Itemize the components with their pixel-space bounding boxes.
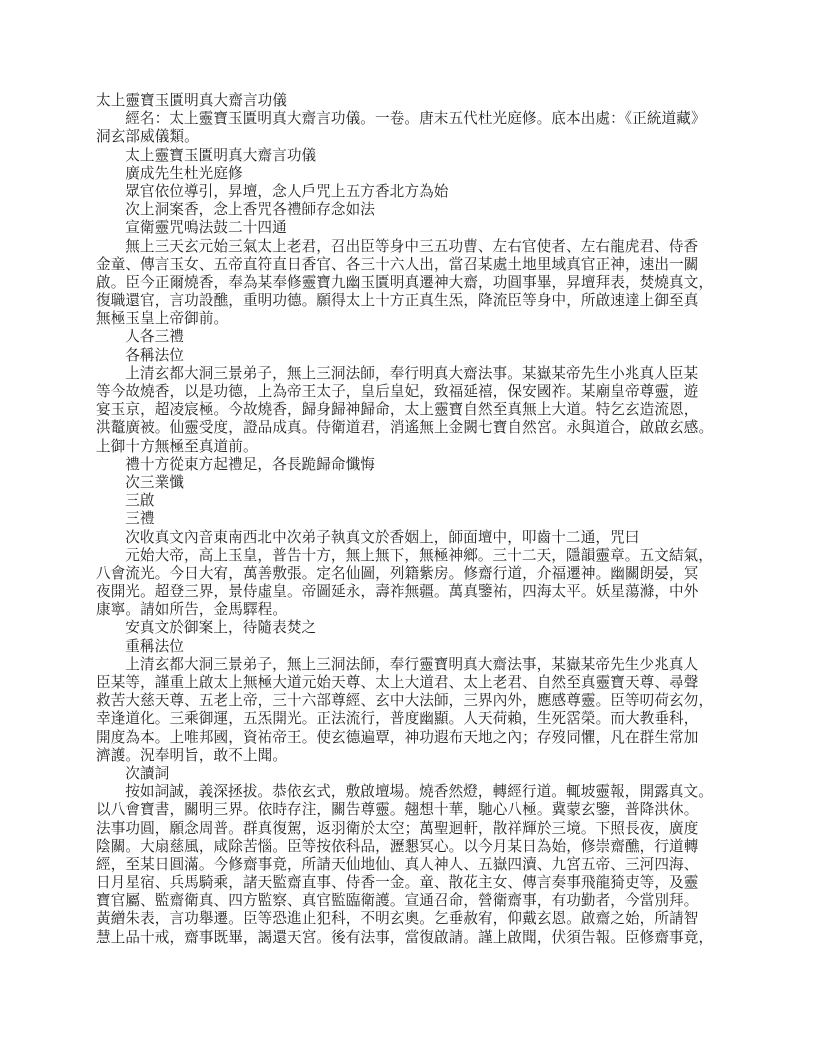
text-line: 無上三天玄元始三氣太上老君，召出臣等身中三五功曹、左右官使者、左右龍虎君、侍香 <box>96 238 724 256</box>
text-line: 三啟 <box>96 492 724 510</box>
text-line: 寶官屬、監齋衛真、四方監察、真官監臨衛護。宣通召命，營衛齋事，有功勤者，今當別拜… <box>96 892 724 910</box>
text-line: 八會流光。今日大宥，萬善敷張。定名仙圖，列籍紫房。修齋行道，介福遷神。幽關朗晏，… <box>96 565 724 583</box>
text-line: 開度為本。上唯邦國，資祐帝王。使玄德遍覃，神功遐布天地之內；存歿同懼，凡在群生常… <box>96 729 724 747</box>
text-line: 重稱法位 <box>96 638 724 656</box>
text-line: 次收真文內音東南西北中次弟子執真文於香姻上，師面壇中，叩齒十二通，咒曰 <box>96 529 724 547</box>
text-line: 按如詞誠，義深拯拔。恭依玄式，敷啟壇場。燒香然燈，轉經行道。輒坡靈報，開露真文。 <box>96 783 724 801</box>
text-line: 幸逢道化。三乘御運，五炁開光。正法流行，普度幽顯。人天荷賴，生死霑榮。而大教垂科… <box>96 710 724 728</box>
document-body: 太上靈寶玉匱明真大齋言功儀經名：太上靈寶玉匱明真大齋言功儀。一卷。唐末五代杜光庭… <box>96 92 724 947</box>
text-line: 上清玄都大洞三景弟子，無上三洞法師，奉行靈寶明真大齋法事，某嶽某帝先生少兆真人 <box>96 656 724 674</box>
text-line: 太上靈寶玉匱明真大齋言功儀 <box>96 147 724 165</box>
text-line: 經，至某日圓滿。今修齋事竟，所請天仙地仙、真人神人、五嶽四瀆、九宮五帝、三河四海… <box>96 856 724 874</box>
text-line: 法事功圓，願念周普。群真復駕，返羽衛於太空；萬聖迴軒，散祥輝於三境。下照長夜，廣… <box>96 820 724 838</box>
text-line: 洪鼇廣被。仙靈受度，證品成真。侍衛道君，消遙無上金闕七寶自然宮。永與道合，啟啟玄… <box>96 419 724 437</box>
text-line: 慧上品十戒，齋事既畢，謁還天宮。後有法事，當復啟請。謹上啟聞，伏須告報。臣修齋事… <box>96 929 724 947</box>
text-line: 康寧。請如所告，金馬驛程。 <box>96 601 724 619</box>
text-line: 夜開光。超登三界，景侍虛皇。帝圖延永，壽祚無疆。萬真鑒祐，四海太平。妖星蕩滌，中… <box>96 583 724 601</box>
text-line: 等今故燒香，以是功德，上為帝王太子，皇后皇妃，致福延禧，保安國祚。某廟皇帝尊靈，… <box>96 383 724 401</box>
text-line: 安真文於御案上，待隨表焚之 <box>96 619 724 637</box>
text-line: 廣成先生杜光庭修 <box>96 165 724 183</box>
text-line: 陰關。大扇慈風，咸除苦惱。臣等按依科品，瀝懇冥心。以今月某日為始，修崇齋醮，行道… <box>96 838 724 856</box>
text-line: 元始大帝，高上玉皇，普告十方，無上無下，無極神鄉。三十二天，隱韻靈章。五文結氣， <box>96 547 724 565</box>
text-line: 經名：太上靈寶玉匱明真大齋言功儀。一卷。唐末五代杜光庭修。底本出處：《正統道藏》 <box>96 110 724 128</box>
text-line: 禮十方從東方起禮足，各長跪歸命懺悔 <box>96 456 724 474</box>
text-line: 三禮 <box>96 510 724 528</box>
text-line: 人各三禮 <box>96 328 724 346</box>
text-line: 次三業懺 <box>96 474 724 492</box>
text-line: 救苦大慈天尊、五老上帝，三十六部尊經、玄中大法師，三界內外，應感尊靈。臣等叨荷玄… <box>96 692 724 710</box>
text-line: 無極玉皇上帝御前。 <box>96 310 724 328</box>
text-line: 日月星宿、兵馬騎乘，諸天監齋直事、侍香一金。童、散花主女、傳言奏事飛龍猗吏等，及… <box>96 874 724 892</box>
text-line: 復職還官，言功設醮，重明功德。願得太上十方正真生炁，降流臣等身中，所啟速達上御至… <box>96 292 724 310</box>
text-line: 次上洞案香，念上香咒各禮師存念如法 <box>96 201 724 219</box>
text-line: 黃繒朱表，言功舉遷。臣等恐進止犯科，不明玄奧。乞垂赦宥，仰戴玄恩。啟齋之始，所請… <box>96 910 724 928</box>
text-line: 眾官依位導引，昇壇，念人戶咒上五方香北方為始 <box>96 183 724 201</box>
text-line: 各稱法位 <box>96 347 724 365</box>
text-line: 以八會寶書，關明三界。依時存注，關告尊靈。翹想十華，馳心八極。冀蒙玄鑒，普降洪休… <box>96 801 724 819</box>
text-line: 宣衛靈咒鳴法鼓二十四通 <box>96 219 724 237</box>
text-line: 上清玄都大洞三景弟子，無上三洞法師，奉行明真大齋法事。某嶽某帝先生小兆真人臣某 <box>96 365 724 383</box>
text-line: 宴玉京，超凌宸極。今故燒香，歸身歸神歸命，太上靈寶自然至真無上大道。特乞玄造流恩… <box>96 401 724 419</box>
text-line: 啟。臣今正爾燒香，奉為某奉修靈寶九幽玉匱明真遷神大齋，功圓事畢，昇壇拜表，焚燒真… <box>96 274 724 292</box>
text-line: 上御十方無極至真道前。 <box>96 438 724 456</box>
text-line: 次讀詞 <box>96 765 724 783</box>
document-title-line: 太上靈寶玉匱明真大齋言功儀 <box>96 92 724 110</box>
text-line: 臣某等，謹重上啟太上無極大道元始天尊、太上大道君、太上老君、自然至真靈寶天尊、尋… <box>96 674 724 692</box>
text-line: 洞玄部威儀類。 <box>96 128 724 146</box>
document-page: 太上靈寶玉匱明真大齋言功儀經名：太上靈寶玉匱明真大齋言功儀。一卷。唐末五代杜光庭… <box>0 0 816 1056</box>
text-line: 金童、傳言玉女、五帝直符直日香官、各三十六人出，當召某處土地里域真官正神，速出一… <box>96 256 724 274</box>
text-line: 濟護。況奉明旨，敢不上聞。 <box>96 747 724 765</box>
